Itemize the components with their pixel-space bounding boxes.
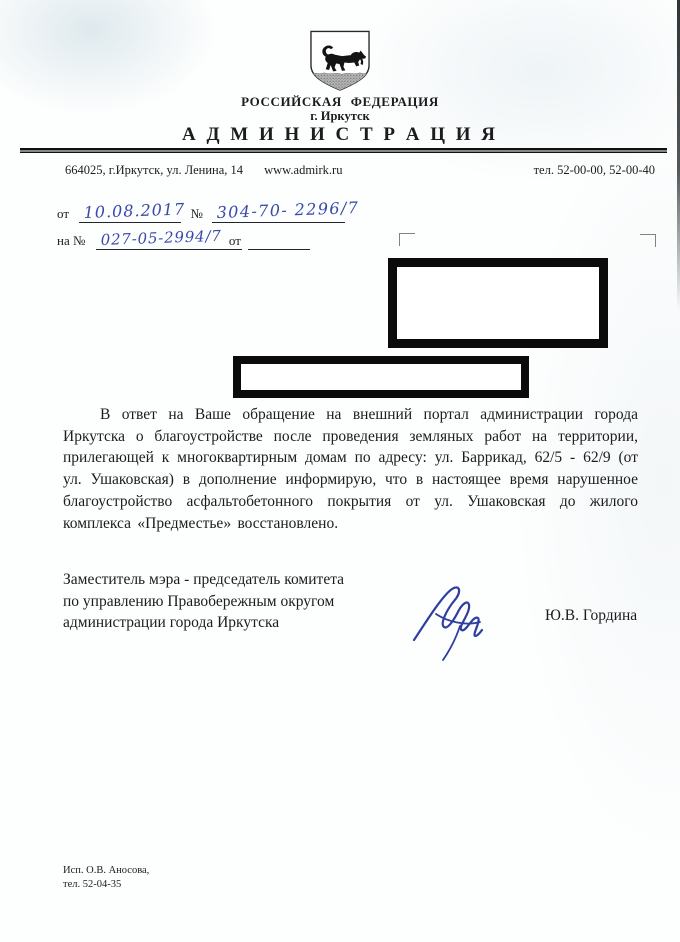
administration-title: А Д М И Н И С Т Р А Ц И Я: [0, 124, 680, 146]
signature-block: Заместитель мэра - председатель комитета…: [63, 569, 653, 679]
reply-from-label: от: [229, 233, 241, 250]
handwritten-reply-number: 027-05-2994/7: [100, 227, 222, 249]
reply-label: на №: [57, 233, 85, 250]
reply-number-field: 027-05-2994/7: [96, 232, 242, 250]
handwritten-date: 10.08.2017: [84, 199, 186, 222]
phones: тел. 52-00-00, 52-00-40: [534, 163, 655, 178]
city-title: г. Иркутск: [0, 109, 680, 124]
number-field: 304-70- 2296/7: [212, 205, 345, 223]
from-label: от: [57, 206, 69, 223]
website: www.admirk.ru: [264, 163, 342, 177]
header-double-rule: [20, 148, 667, 153]
addressee-corner-mark-left: [399, 233, 415, 246]
postal-address: 664025, г.Иркутск, ул. Ленина, 14: [65, 163, 243, 177]
redaction-box-salutation: [233, 356, 529, 398]
scanned-letter-page: РОССИЙСКАЯ ФЕДЕРАЦИЯ г. Иркутск А Д М И …: [0, 0, 680, 942]
signer-name: Ю.В. Гордина: [545, 607, 637, 625]
signer-position-line: администрации города Иркутска: [63, 612, 403, 634]
irkutsk-coat-of-arms-icon: [308, 30, 372, 93]
redaction-box-addressee: [388, 258, 608, 348]
number-label: №: [191, 206, 203, 223]
executor-phone: тел. 52-04-35: [63, 878, 149, 892]
contact-row: 664025, г.Иркутск, ул. Ленина, 14 www.ad…: [65, 163, 655, 178]
letter-body: В ответ на Ваше обращение на внешний пор…: [63, 404, 638, 534]
signer-position-line: Заместитель мэра - председатель комитета: [63, 569, 403, 591]
date-field: 10.08.2017: [79, 205, 181, 223]
handwritten-signature-icon: [408, 580, 503, 665]
reply-ref-line: на № 027-05-2994/7 от: [57, 232, 310, 250]
executor-name: Исп. О.В. Аносова,: [63, 864, 149, 878]
addressee-corner-mark-right: [640, 234, 656, 247]
outgoing-ref-line: от 10.08.2017 № 304-70- 2296/7: [57, 205, 345, 223]
handwritten-number: 304-70- 2296/7: [217, 198, 360, 222]
executor-block: Исп. О.В. Аносова, тел. 52-04-35: [63, 864, 149, 891]
signer-position: Заместитель мэра - председатель комитета…: [63, 569, 403, 634]
signer-position-line: по управлению Правобережным округом: [63, 591, 403, 613]
address-group: 664025, г.Иркутск, ул. Ленина, 14 www.ad…: [65, 163, 360, 178]
country-title: РОССИЙСКАЯ ФЕДЕРАЦИЯ: [0, 94, 680, 110]
reply-date-blank-field: [248, 232, 310, 250]
